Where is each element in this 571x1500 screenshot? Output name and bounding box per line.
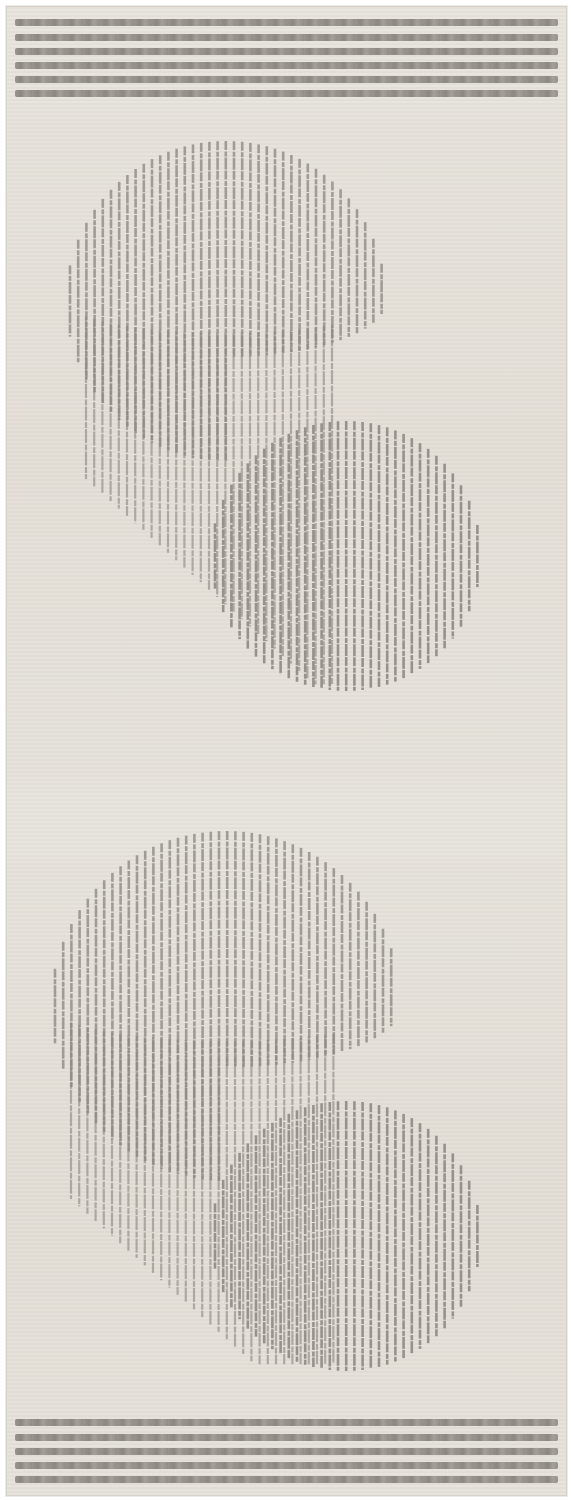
circle-line-motifs (7, 7, 566, 1495)
lower-motif (55, 831, 477, 1371)
upper-motif (70, 141, 477, 691)
product-photo (0, 0, 571, 1500)
rug (6, 6, 567, 1496)
